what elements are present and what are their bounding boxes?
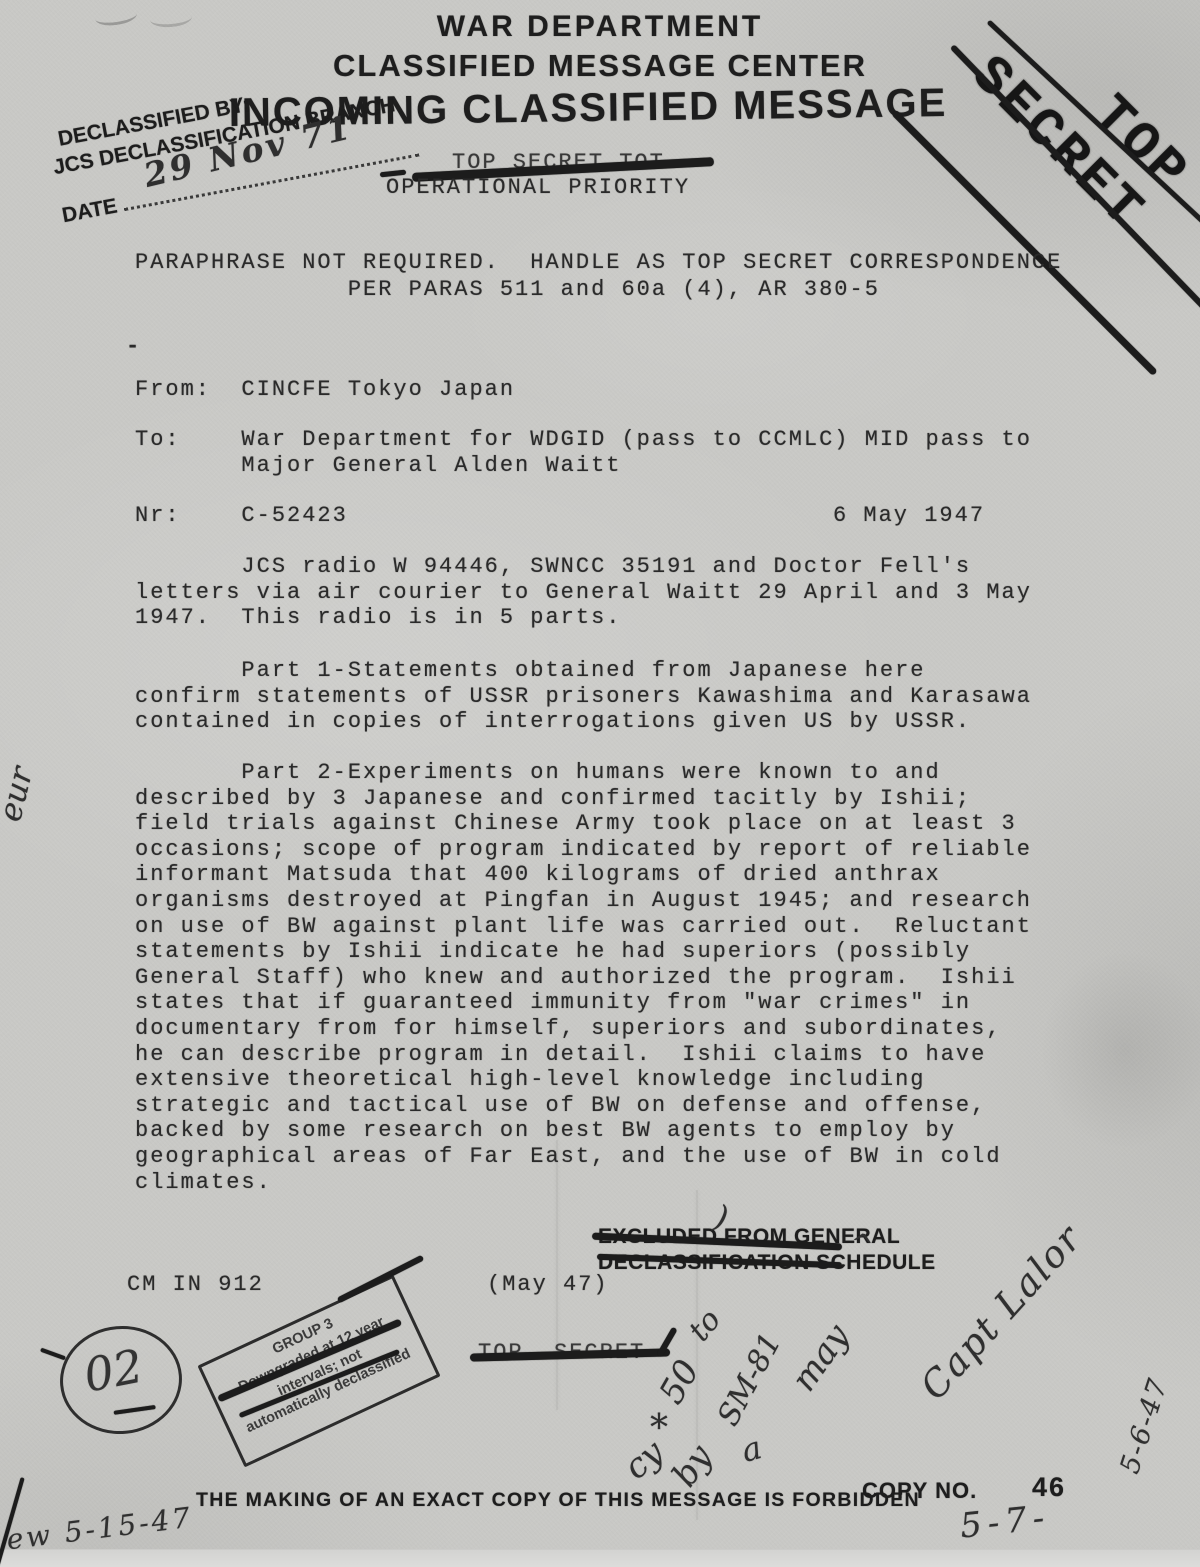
pen-mark <box>40 1348 66 1361</box>
handwritten-date-bottom: 5-7- <box>958 1497 1052 1546</box>
handwritten-annotation: SM-81 <box>711 1327 789 1431</box>
handling-instructions: PARAPHRASE NOT REQUIRED. HANDLE AS TOP S… <box>135 249 1062 303</box>
date-label: DATE <box>60 195 119 228</box>
cm-in-number: CM IN 912 <box>127 1272 264 1298</box>
field-nr: Nr: C-52423 <box>135 503 348 529</box>
body-paragraph-intro: JCS radio W 94446, SWNCC 35191 and Docto… <box>135 554 1032 631</box>
handwritten-annotation: by <box>664 1438 720 1495</box>
handwritten-annotation: ^ <box>847 1226 876 1263</box>
message-date: 6 May 1947 <box>833 503 985 529</box>
margin-dash: - <box>126 334 141 360</box>
paper-smudge <box>1040 950 1200 1150</box>
handwritten-annotation: may <box>784 1317 858 1399</box>
operational-priority: OPERATIONAL PRIORITY <box>386 175 690 201</box>
handwritten-margin-initials: eur <box>0 763 40 825</box>
field-from: From: CINCFE Tokyo Japan <box>135 377 515 403</box>
scanned-document-page: { "page": { "header": { "dept": "WAR DEP… <box>0 0 1200 1567</box>
handwritten-annotation-cluster: ) ^ to may SM-81 50 * cy by a <box>600 1190 920 1490</box>
circled-number-stamp: 02 <box>56 1321 187 1439</box>
field-to: To: War Department for WDGID (pass to CC… <box>135 427 1032 478</box>
body-paragraph-part1: Part 1-Statements obtained from Japanese… <box>135 658 1032 735</box>
may-47-note: (May 47) <box>487 1272 609 1298</box>
footer-warning: THE MAKING OF AN EXACT COPY OF THIS MESS… <box>196 1489 920 1512</box>
handwritten-annotation: 50 <box>651 1353 707 1410</box>
handwritten-annotation: to <box>682 1303 728 1349</box>
handwritten-side-date: 5-6-47 <box>1114 1374 1174 1478</box>
group3-stamp: GROUP 3 Downgraded at 12 year intervals;… <box>197 1275 440 1468</box>
handwritten-annotation: a <box>737 1428 765 1470</box>
body-paragraph-part2: Part 2-Experiments on humans were known … <box>135 760 1032 1195</box>
handwritten-annotation: ) <box>710 1197 732 1237</box>
circled-number: 02 <box>80 1339 148 1403</box>
underline-mark <box>114 1405 156 1415</box>
paper-bottom-edge <box>0 1549 1200 1567</box>
handwritten-capt-lalor: Capt Lalor <box>912 1216 1091 1408</box>
handwritten-corner-date: ew 5-15-47 <box>5 1501 195 1557</box>
